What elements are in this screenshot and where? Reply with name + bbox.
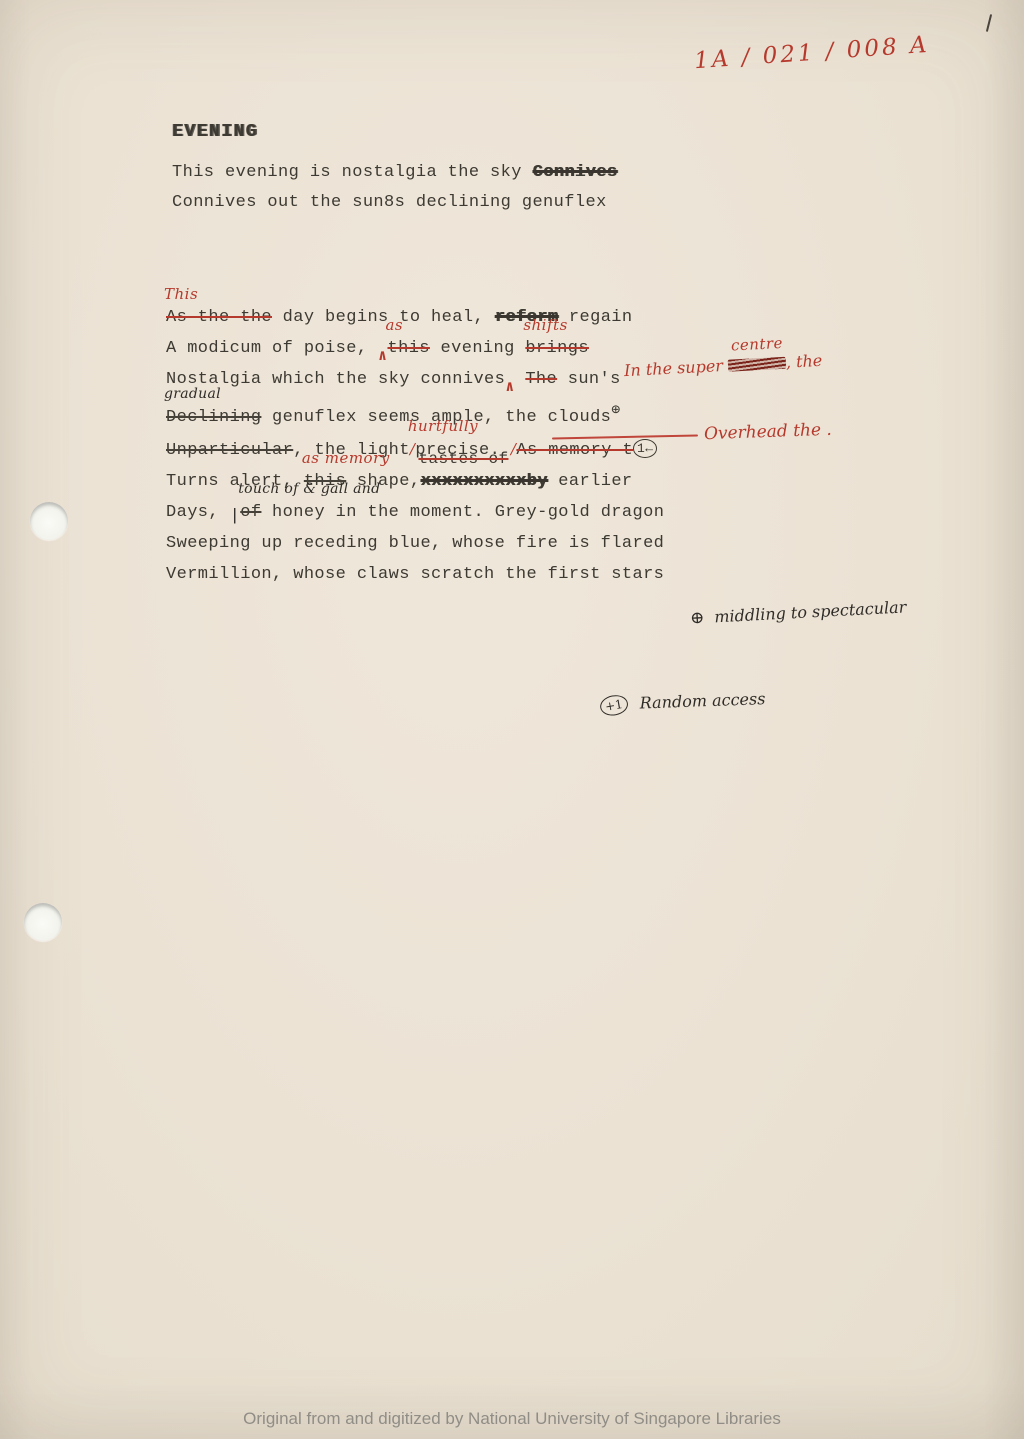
typed-text: sun's (557, 370, 621, 389)
struck-text: The (525, 370, 557, 389)
poem-line: Connives out the sun8s declining genufle… (172, 188, 617, 218)
pen-tick-mark (986, 14, 992, 32)
footnote-text: Random access (639, 689, 765, 712)
poem-line: As the theThis day begins to heal, refor… (166, 302, 664, 333)
struck-text: this (387, 339, 429, 358)
struck-text: Connives (532, 163, 617, 182)
struck-text: Unparticular (166, 441, 293, 460)
typed-text: regain (558, 308, 632, 327)
circled-reference-mark: 1← (633, 439, 657, 458)
punch-hole (24, 903, 62, 941)
annotated-text: thisas (387, 333, 429, 364)
typed-text: earlier (548, 472, 633, 491)
handwritten-insertion: shifts (523, 318, 567, 333)
handwritten-insertion: as memory (302, 451, 390, 466)
handwritten-mark: ∧ (505, 379, 514, 396)
footnote-random-access: +1Random access (600, 689, 766, 716)
handwritten-mark: | (230, 507, 241, 526)
punch-hole (30, 502, 68, 540)
annotated-text: As the theThis (166, 302, 272, 333)
typed-text (515, 370, 526, 389)
circled-plus-icon: ⊕ (690, 608, 705, 629)
struck-text: As memory t (516, 441, 633, 460)
poem-line: This evening is nostalgia the sky Conniv… (172, 158, 617, 188)
typed-text: A modicum of poise, (166, 339, 378, 358)
annotated-text: xxxxxxxxxxbytastes of (420, 466, 547, 497)
digitization-watermark: Original from and digitized by National … (0, 1409, 1024, 1429)
struck-text: xxxxxxxxxxby (420, 472, 547, 491)
typed-text: This evening is nostalgia the sky (172, 163, 532, 182)
typed-text: honey in the moment. Grey-gold dragon (261, 503, 664, 522)
footnote-clouds: ⊕middling to spectacular (690, 597, 907, 628)
catalog-number-handwritten: 1A / 021 / 008 A (693, 32, 930, 74)
poem-line: Nostalgia which the sky connives∧ The su… (166, 364, 664, 395)
annotated-text: bringsshifts (525, 333, 589, 364)
handwritten-mark: / (410, 440, 416, 458)
struck-text: Declining (166, 408, 261, 427)
typed-text: evening (430, 339, 525, 358)
annotated-text: /hurtfully (410, 434, 416, 466)
struck-text: brings (525, 339, 589, 358)
struck-text: As the the (166, 308, 272, 327)
annotated-text: oftouch of & gall and (240, 497, 261, 528)
margin-note-prefix: In the super (624, 356, 729, 380)
circled-plus-one-icon: +1 (599, 693, 630, 718)
handwritten-insertion: gradual (164, 387, 221, 401)
scribbled-out-word (728, 357, 787, 372)
poem-line: Vermillion, whose claws scratch the firs… (166, 559, 664, 590)
poem-line: A modicum of poise, ∧thisas evening brin… (166, 333, 664, 364)
typed-text: Sweeping up receding blue, whose fire is… (166, 534, 664, 553)
handwritten-insertion: touch of & gall and (238, 482, 380, 496)
poem-header: EVENING This evening is nostalgia the sk… (172, 122, 617, 218)
margin-annotation-overhead: Overhead the . (704, 420, 832, 444)
handwritten-insertion: as (385, 318, 403, 333)
poem-title: EVENING (172, 122, 617, 142)
typed-text: Vermillion, whose claws scratch the firs… (166, 565, 664, 584)
circled-plus-icon: ⊕ (611, 402, 620, 419)
poem-stanza: As the theThis day begins to heal, refor… (166, 302, 664, 590)
handwritten-mark: ∧ (378, 348, 387, 365)
poem-line: Sweeping up receding blue, whose fire is… (166, 528, 664, 559)
typed-text: Days, (166, 503, 230, 522)
typed-text: Connives out the sun8s declining genufle… (172, 193, 607, 212)
typed-text: day begins to heal, (272, 308, 495, 327)
footnote-text: middling to spectacular (714, 597, 907, 626)
poem-line: Days, |oftouch of & gall and honey in th… (166, 497, 664, 528)
struck-text: of (240, 503, 261, 522)
handwritten-insertion: tastes of (418, 451, 508, 467)
margin-note-suffix: , the (785, 351, 822, 372)
scanned-page: 1A / 021 / 008 A EVENING This evening is… (0, 0, 1024, 1439)
handwritten-insertion: This (164, 287, 198, 302)
handwritten-insertion: centre (731, 336, 784, 354)
annotated-text: Declininggradual (166, 402, 261, 433)
handwritten-insertion: hurtfully (408, 419, 478, 434)
